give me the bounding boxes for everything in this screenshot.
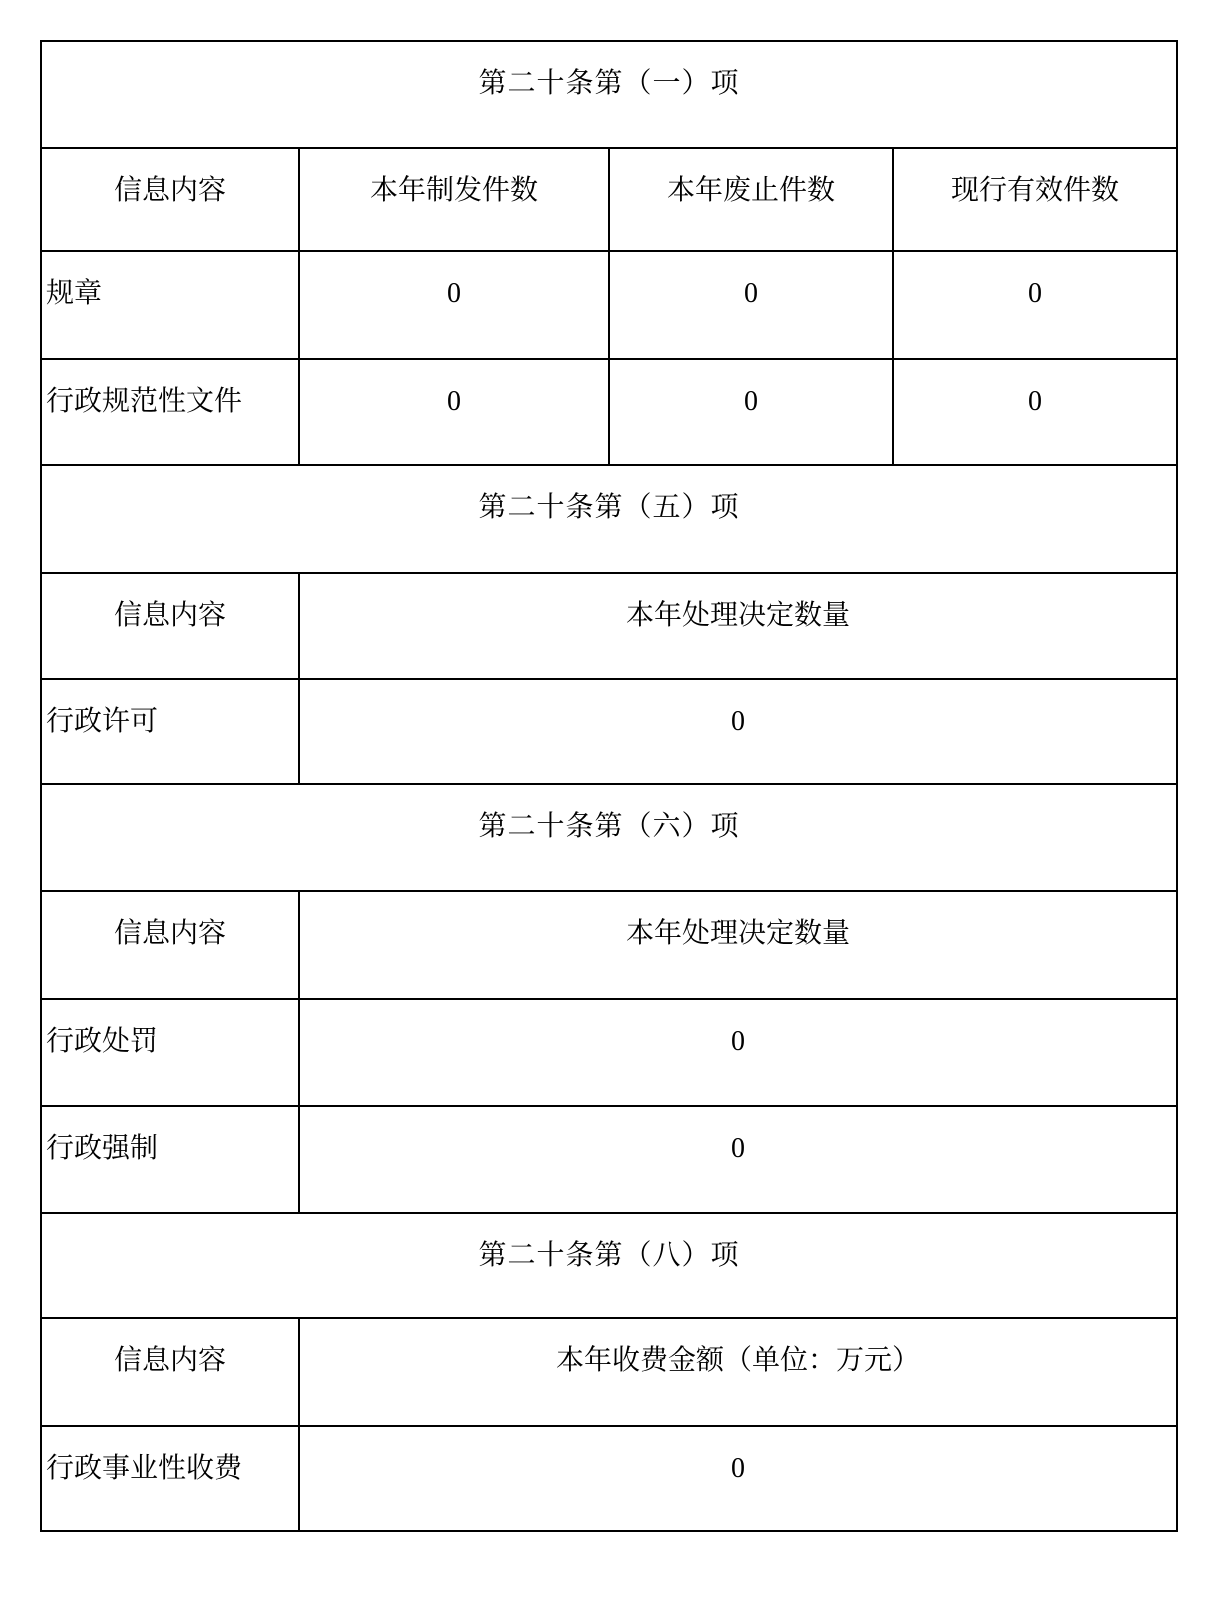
table-row: 规章 0 0 0 [41, 251, 1177, 359]
value-cell: 0 [299, 359, 609, 465]
section-4-header-fees-amount: 本年收费金额（单位：万元） [299, 1318, 1177, 1426]
section-3-header-row: 信息内容 本年处理决定数量 [41, 891, 1177, 999]
section-2-header-row: 信息内容 本年处理决定数量 [41, 573, 1177, 679]
table-row: 行政许可 0 [41, 679, 1177, 784]
row-label-rules: 规章 [41, 251, 299, 359]
value-cell: 0 [609, 251, 893, 359]
report-table: 第二十条第（一）项 信息内容 本年制发件数 本年废止件数 现行有效件数 规章 0… [40, 40, 1178, 1532]
value-cell: 0 [609, 359, 893, 465]
table-row: 行政强制 0 [41, 1106, 1177, 1213]
row-label-normative-documents: 行政规范性文件 [41, 359, 299, 465]
section-2-title: 第二十条第（五）项 [41, 465, 1177, 573]
section-4-header-row: 信息内容 本年收费金额（单位：万元） [41, 1318, 1177, 1426]
section-3-header-decisions-count: 本年处理决定数量 [299, 891, 1177, 999]
table-row: 行政规范性文件 0 0 0 [41, 359, 1177, 465]
section-2-title-row: 第二十条第（五）项 [41, 465, 1177, 573]
value-cell: 0 [893, 359, 1177, 465]
section-1-title: 第二十条第（一）项 [41, 41, 1177, 148]
section-4-header-info-content: 信息内容 [41, 1318, 299, 1426]
section-3-title-row: 第二十条第（六）项 [41, 784, 1177, 891]
value-cell: 0 [299, 1426, 1177, 1531]
row-label-administrative-penalty: 行政处罚 [41, 999, 299, 1106]
table-row: 行政事业性收费 0 [41, 1426, 1177, 1531]
section-3-title: 第二十条第（六）项 [41, 784, 1177, 891]
section-1-header-repealed-count: 本年废止件数 [609, 148, 893, 251]
row-label-administrative-fees: 行政事业性收费 [41, 1426, 299, 1531]
row-label-administrative-coercion: 行政强制 [41, 1106, 299, 1213]
section-2-header-info-content: 信息内容 [41, 573, 299, 679]
value-cell: 0 [893, 251, 1177, 359]
section-1-header-row: 信息内容 本年制发件数 本年废止件数 现行有效件数 [41, 148, 1177, 251]
value-cell: 0 [299, 1106, 1177, 1213]
section-4-title-row: 第二十条第（八）项 [41, 1213, 1177, 1318]
value-cell: 0 [299, 679, 1177, 784]
value-cell: 0 [299, 999, 1177, 1106]
section-3-header-info-content: 信息内容 [41, 891, 299, 999]
row-label-administrative-licensing: 行政许可 [41, 679, 299, 784]
section-2-header-decisions-count: 本年处理决定数量 [299, 573, 1177, 679]
table-row: 行政处罚 0 [41, 999, 1177, 1106]
section-1-header-info-content: 信息内容 [41, 148, 299, 251]
value-cell: 0 [299, 251, 609, 359]
section-4-title: 第二十条第（八）项 [41, 1213, 1177, 1318]
section-1-header-issued-count: 本年制发件数 [299, 148, 609, 251]
section-1-title-row: 第二十条第（一）项 [41, 41, 1177, 148]
section-1-header-effective-count: 现行有效件数 [893, 148, 1177, 251]
